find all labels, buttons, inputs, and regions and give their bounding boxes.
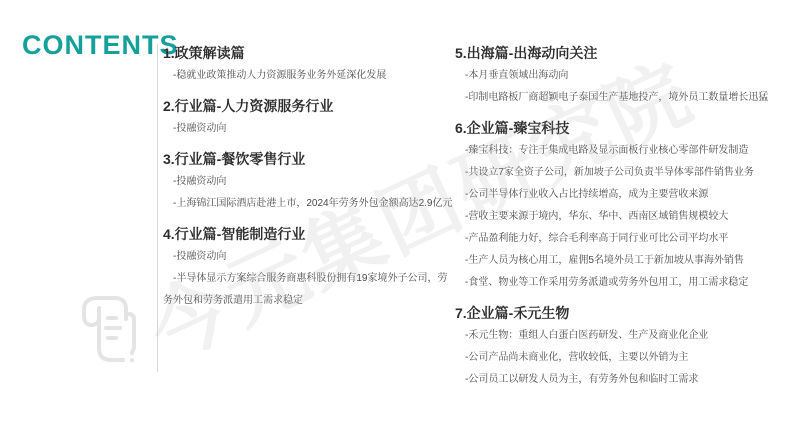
section-item: -生产人员为核心用工，雇佣5名境外员工于新加坡从事海外销售	[455, 250, 783, 272]
section-item: -印制电路板厂商超颖电子泰国生产基地投产，境外员工数量增长迅猛	[455, 87, 783, 109]
section-item: -稳就业政策推动人力资源服务业务外延深化发展	[163, 65, 455, 87]
section-item: -产品盈利能力好，综合毛利率高于同行业可比公司平均水平	[455, 228, 783, 250]
section-item: -公司产品尚未商业化，营收较低，主要以外销为主	[455, 347, 783, 369]
section-item: -本月垂直领域出海动向	[455, 65, 783, 87]
section-item: -公司半导体行业收入占比持续增高，成为主要营收来源	[455, 184, 783, 206]
section-item: -食堂、物业等工作采用劳务派遣或劳务外包用工，用工需求稳定	[455, 272, 783, 294]
section-item: -半导体显示方案综合服务商惠科股份拥有19家境外子公司，劳务外包和劳务派遣用工需…	[163, 268, 455, 312]
contents-column-left: 1.政策解读篇-稳就业政策推动人力资源服务业务外延深化发展2.行业篇-人力资源服…	[163, 34, 455, 312]
section-heading: 4.行业篇-智能制造行业	[163, 224, 455, 244]
section-item: -公司员工以研发人员为主，有劳务外包和临时工需求	[455, 369, 783, 391]
vertical-divider	[157, 44, 158, 372]
section-heading: 3.行业篇-餐饮零售行业	[163, 149, 455, 169]
section-heading: 7.企业篇-禾元生物	[455, 303, 783, 323]
section-item: -营收主要来源于境内，华东、华中、西南区域销售规模较大	[455, 206, 783, 228]
section-heading: 5.出海篇-出海动向关注	[455, 43, 783, 63]
section-item: -臻宝科技：专注于集成电路及显示面板行业核心零部件研发制造	[455, 140, 783, 162]
contents-slide: CONTENTS 今元集团研究院 1.政策解读篇-稳就业政策推动人力资源服务业务…	[0, 0, 793, 446]
contents-column-right: 5.出海篇-出海动向关注-本月垂直领域出海动向-印制电路板厂商超颖电子泰国生产基…	[455, 34, 783, 391]
section-heading: 2.行业篇-人力资源服务行业	[163, 96, 455, 116]
section-item: -投融资动向	[163, 171, 455, 193]
section-item: -投融资动向	[163, 118, 455, 140]
section-item: -共设立7家全资子公司，新加坡子公司负责半导体零部件销售业务	[455, 162, 783, 184]
section-item: -投融资动向	[163, 246, 455, 268]
section-item: -上海锦江国际酒店赴港上市，2024年劳务外包金额高达2.9亿元	[163, 193, 455, 215]
scroll-receipt-icon	[77, 292, 139, 381]
section-item: -禾元生物：重组人白蛋白医药研发、生产及商业化企业	[455, 325, 783, 347]
section-heading: 1.政策解读篇	[163, 43, 455, 63]
page-title: CONTENTS	[22, 30, 179, 61]
section-heading: 6.企业篇-臻宝科技	[455, 118, 783, 138]
